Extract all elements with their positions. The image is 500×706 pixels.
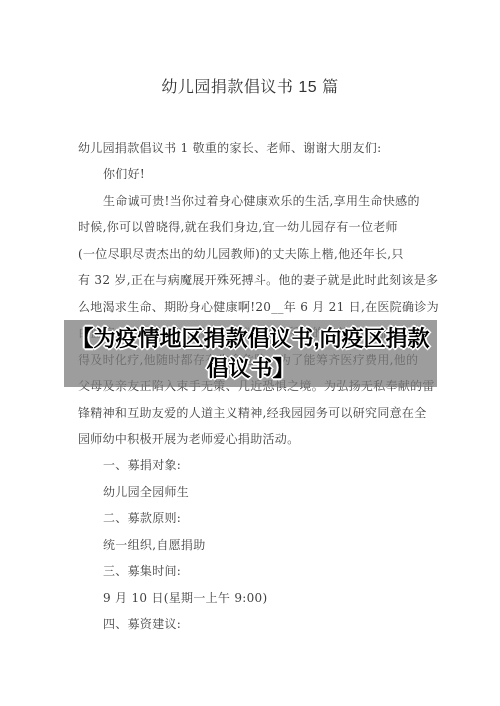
body-line: 幼儿园全园师生 (78, 479, 428, 505)
body-line: 你们好! (78, 161, 428, 187)
body-line-section-heading: 一、募捐对象: (78, 452, 428, 478)
body-line: 幼儿园捐款倡议书 1 敬重的家长、老师、谢谢大朋友们: (78, 135, 428, 161)
body-line: 园师幼中积极开展为老师爱心捐助活动。 (78, 426, 428, 452)
body-line: 有 32 岁,正在与病魔展开殊死搏斗。他的妻子就是此时此刻该是多 (78, 267, 428, 293)
watermark-title-line1: 【为疫情地区捐款倡议书,向疫区捐款 (71, 324, 429, 354)
body-line: 9 月 10 日(星期一上午 9:00) (78, 585, 428, 611)
body-line: 时候,你可以曾晓得,就在我们身边,宜一幼儿园存有一位老师 (78, 214, 428, 240)
body-line-section-heading: 三、募集时间: (78, 558, 428, 584)
body-line-section-heading: 二、募款原则: (78, 505, 428, 531)
watermark-overlay-band: 【为疫情地区捐款倡议书,向疫区捐款 倡议书】 (64, 320, 437, 387)
body-line: 统一组织,自愿捐助 (78, 532, 428, 558)
document-page: 幼儿园捐款倡议书 15 篇 幼儿园捐款倡议书 1 敬重的家长、老师、谢谢大朋友们… (0, 0, 500, 706)
body-line: 锋精神和互助友爱的人道主义精神,经我园园务可以研究同意在全 (78, 400, 428, 426)
watermark-title-line2: 倡议书】 (206, 354, 294, 384)
page-title: 幼儿园捐款倡议书 15 篇 (0, 78, 500, 98)
body-line-section-heading: 四、募资建议: (78, 611, 428, 637)
body-line: 么地渴求生命、期盼身心健康啊!20__年 6 月 21 日,在医院确诊为 (78, 294, 428, 320)
body-line: 生命诚可贵!当你过着身心健康欢乐的生活,享用生命快感的 (78, 188, 428, 214)
body-line: (一位尽职尽责杰出的幼儿园教师)的丈夫陈上楷,他还年长,只 (78, 241, 428, 267)
